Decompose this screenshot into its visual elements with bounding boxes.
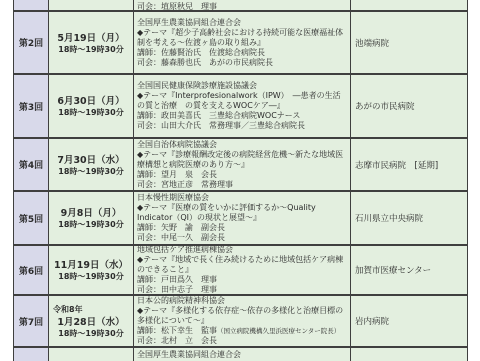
venue-cell: 石川県立中央病院 bbox=[351, 192, 467, 244]
date-label: 7月30日（水） bbox=[57, 155, 124, 167]
date-label: 6月30日（月） bbox=[57, 96, 124, 108]
venue-cell: 岩内病院 bbox=[351, 296, 467, 346]
time-label: 18時〜19時30分 bbox=[58, 167, 123, 177]
organization-line: 日本慢性期医療協会 bbox=[137, 193, 347, 203]
lecturer-text: 講師：戸田爲久 理事 bbox=[137, 275, 217, 284]
theme-line: ◆テーマ『Interprofesionalwork（IPW） ―患者の生活の質と… bbox=[137, 91, 347, 111]
date-label: 5月19日（月） bbox=[57, 33, 124, 45]
content-cell: 日本慢性期医療協会 ◆テーマ『医療の質をいかに評価するか〜Quality Ind… bbox=[134, 192, 351, 244]
content-cell: 日本公的病院精神科協会 ◆テーマ『多様化する依存症〜依存の多様化と治療目標の多様… bbox=[134, 296, 351, 346]
venue-cell bbox=[351, 348, 467, 360]
time-label: 18時〜19時30分 bbox=[58, 220, 123, 230]
lecturer-text: 講師：松下幸生 監事 bbox=[137, 326, 217, 335]
content-cell: 地域包括ケア推進病棟協会 ◆テーマ『地域で長く住み続けるために地域包括ケア病棟の… bbox=[134, 246, 351, 294]
organization-line: 日本公的病院精神科協会 bbox=[137, 296, 347, 306]
moderator-line: 司会：中尾一久 副会長 bbox=[137, 233, 347, 243]
moderator-line: 司会：山田大介氏 常務理事／三豊総合病院長 bbox=[137, 121, 347, 131]
content-cell: 全国自治体病院協議会 ◆テーマ『診療報酬改定後の病院経営危機〜新たな地域医療構想… bbox=[134, 139, 351, 190]
session-cell bbox=[14, 0, 49, 10]
moderator-line: 司会：宮地正彦 常務理事 bbox=[137, 180, 347, 190]
era-label: 令和8年 bbox=[49, 304, 83, 315]
content-cell: 司会：埴原秋兒 理事 bbox=[134, 0, 351, 10]
theme-line: ◆テーマ『超少子高齢社会における持続可能な医療福祉体制を考える〜佐渡ヶ島の取り組… bbox=[137, 28, 347, 48]
theme-line: ◆テーマ『診療報酬改定後の病院経営危機〜新たな地域医療構想と病院医療のあり方〜』 bbox=[137, 150, 347, 170]
table-row: 司会：埴原秋兒 理事 bbox=[14, 0, 467, 12]
date-cell: 11月19日（水） 18時〜19時30分 bbox=[49, 246, 134, 294]
lecturer-text: 講師：矢野 諭 副会長 bbox=[137, 223, 225, 232]
time-label: 18時〜19時30分 bbox=[58, 45, 123, 55]
lecturer-line: 講師：佐藤賢治氏 佐渡総合病院長 bbox=[137, 48, 347, 58]
venue-cell: 志摩市民病院 [延期] bbox=[351, 139, 467, 190]
session-cell: 第3回 bbox=[14, 75, 49, 137]
date-cell: 令和8年 1月28日（水） 18時〜19時30分 bbox=[49, 296, 134, 346]
content-cell: 全国厚生農業協同組合連合会 bbox=[134, 348, 351, 360]
lecturer-text: 講師：望月 泉 会長 bbox=[137, 170, 217, 179]
moderator-line: 司会：藤森勝也氏 あがの市民病院長 bbox=[137, 58, 347, 68]
content-cell: 全国国民健康保険診療施設協議会 ◆テーマ『Interprofesionalwor… bbox=[134, 75, 351, 137]
lecturer-line: 講師：政田美喜氏 三豊総合病院WOCナース bbox=[137, 111, 347, 121]
date-cell: 5月19日（月） 18時〜19時30分 bbox=[49, 12, 134, 73]
date-cell: 9月8日（月） 18時〜19時30分 bbox=[49, 192, 134, 244]
date-label: 9月8日（月） bbox=[61, 208, 122, 220]
session-cell: 第6回 bbox=[14, 246, 49, 294]
session-cell: 第7回 bbox=[14, 296, 49, 346]
moderator-line: 司会：埴原秋兒 理事 bbox=[137, 2, 347, 10]
table-row: 全国厚生農業協同組合連合会 bbox=[14, 348, 467, 360]
lecturer-line: 講師：望月 泉 会長 bbox=[137, 170, 347, 180]
theme-line: ◆テーマ『地域で長く住み続けるために地域包括ケア病棟のできること』 bbox=[137, 255, 347, 275]
session-cell: 第4回 bbox=[14, 139, 49, 190]
time-label: 18時〜19時30分 bbox=[58, 329, 123, 339]
date-label: 11月19日（水） bbox=[54, 260, 128, 272]
session-cell bbox=[14, 348, 49, 360]
table-row: 第2回 5月19日（月） 18時〜19時30分 全国厚生農業協同組合連合会 ◆テ… bbox=[14, 12, 467, 75]
moderator-line: 司会：田中志子 理事 bbox=[137, 285, 347, 294]
lecturer-text: 講師：政田美喜氏 三豊総合病院WOCナース bbox=[137, 111, 300, 120]
lecturer-line: 講師：戸田爲久 理事 bbox=[137, 275, 347, 285]
theme-line: ◆テーマ『医療の質をいかに評価するか〜Quality Indicator（QI）… bbox=[137, 203, 347, 223]
organization-line: 地域包括ケア推進病棟協会 bbox=[137, 246, 347, 255]
table-row: 第5回 9月8日（月） 18時〜19時30分 日本慢性期医療協会 ◆テーマ『医療… bbox=[14, 192, 467, 246]
time-label: 18時〜19時30分 bbox=[58, 272, 123, 282]
table-row: 第3回 6月30日（月） 18時〜19時30分 全国国民健康保険診療施設協議会 … bbox=[14, 75, 467, 139]
lecturer-note: （国立病院機構久里浜医療センター院長） bbox=[217, 327, 340, 335]
organization-line: 全国自治体病院協議会 bbox=[137, 140, 347, 150]
moderator-line: 司会：北村 立 会長 bbox=[137, 336, 347, 346]
date-cell: 7月30日（水） 18時〜19時30分 bbox=[49, 139, 134, 190]
schedule-table: 司会：埴原秋兒 理事 第2回 5月19日（月） 18時〜19時30分 全国厚生農… bbox=[13, 0, 468, 360]
venue-cell: あがの市民病院 bbox=[351, 75, 467, 137]
lecturer-line: 講師：矢野 諭 副会長 bbox=[137, 223, 347, 233]
date-cell: 6月30日（月） 18時〜19時30分 bbox=[49, 75, 134, 137]
organization-line: 全国国民健康保険診療施設協議会 bbox=[137, 81, 347, 91]
lecturer-text: 講師：佐藤賢治氏 佐渡総合病院長 bbox=[137, 48, 265, 57]
session-cell: 第5回 bbox=[14, 192, 49, 244]
lecturer-line: 講師：松下幸生 監事（国立病院機構久里浜医療センター院長） bbox=[137, 326, 347, 336]
date-label: 1月28日（水） bbox=[57, 317, 124, 329]
venue-cell: 加賀市医療センター bbox=[351, 246, 467, 294]
venue-cell bbox=[351, 0, 467, 10]
table-row: 第4回 7月30日（水） 18時〜19時30分 全国自治体病院協議会 ◆テーマ『… bbox=[14, 139, 467, 192]
organization-line: 全国厚生農業協同組合連合会 bbox=[137, 18, 347, 28]
table-row: 第7回 令和8年 1月28日（水） 18時〜19時30分 日本公的病院精神科協会… bbox=[14, 296, 467, 348]
date-cell bbox=[49, 348, 134, 360]
theme-line: ◆テーマ『多様化する依存症〜依存の多様化と治療目標の多様化について〜』 bbox=[137, 306, 347, 326]
organization-line: 全国厚生農業協同組合連合会 bbox=[137, 350, 347, 360]
date-cell bbox=[49, 0, 134, 10]
session-cell: 第2回 bbox=[14, 12, 49, 73]
content-cell: 全国厚生農業協同組合連合会 ◆テーマ『超少子高齢社会における持続可能な医療福祉体… bbox=[134, 12, 351, 73]
venue-cell: 池端病院 bbox=[351, 12, 467, 73]
time-label: 18時〜19時30分 bbox=[58, 108, 123, 118]
table-row: 第6回 11月19日（水） 18時〜19時30分 地域包括ケア推進病棟協会 ◆テ… bbox=[14, 246, 467, 296]
